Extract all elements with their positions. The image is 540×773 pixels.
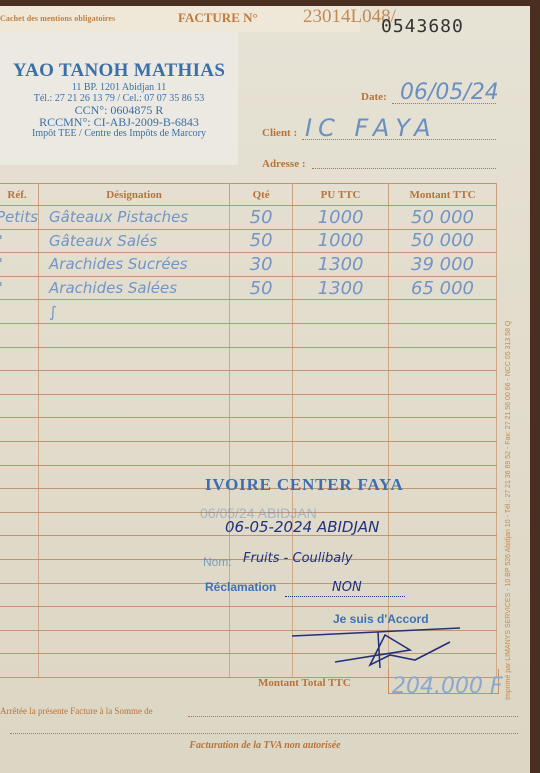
tva-note: Facturation de la TVA non autorisée: [0, 740, 530, 751]
col-ref: Réf.: [0, 184, 39, 206]
cell-ref[interactable]: [0, 489, 39, 513]
header-note: Cachet des mentions obligatoires: [0, 14, 115, 23]
date-label: Date:: [361, 91, 387, 103]
col-designation: Désignation: [39, 184, 230, 206]
col-unit-price: PU TTC: [293, 184, 389, 206]
cell-amount[interactable]: [389, 347, 497, 371]
address-label: Adresse :: [262, 158, 305, 170]
cell-designation[interactable]: [39, 371, 230, 395]
address-line[interactable]: [312, 168, 496, 169]
cell-amount[interactable]: [389, 418, 497, 442]
cell-amount[interactable]: [389, 394, 497, 418]
cell-ref[interactable]: [0, 300, 39, 324]
cell-unit-price[interactable]: [293, 418, 389, 442]
reclamation-label: Réclamation: [205, 580, 276, 594]
reclamation-line: [285, 596, 405, 597]
total-label: Montant Total TTC: [258, 677, 351, 689]
table-row: ∫: [0, 300, 497, 324]
cell-qty[interactable]: 50: [230, 206, 293, 230]
cell-ref[interactable]: [0, 559, 39, 583]
cell-ref[interactable]: ": [0, 253, 39, 277]
cell-qty[interactable]: 30: [230, 253, 293, 277]
cell-amount[interactable]: [389, 300, 497, 324]
cell-designation[interactable]: [39, 654, 230, 678]
cell-ref[interactable]: [0, 394, 39, 418]
cell-designation[interactable]: [39, 559, 230, 583]
reclamation-value: NON: [332, 580, 362, 595]
cell-amount[interactable]: [389, 536, 497, 560]
items-table: Réf. Désignation Qté PU TTC Montant TTC …: [0, 183, 497, 678]
cell-amount[interactable]: [389, 583, 497, 607]
name-value: Fruits - Coulibaly: [243, 551, 353, 566]
cell-ref[interactable]: [0, 630, 39, 654]
client-label: Client :: [262, 127, 297, 139]
cell-amount[interactable]: [389, 512, 497, 536]
cell-unit-price[interactable]: 1300: [293, 276, 389, 300]
col-qty: Qté: [230, 184, 293, 206]
cell-qty[interactable]: [230, 630, 293, 654]
cell-unit-price[interactable]: [293, 371, 389, 395]
handwritten-date-place: 06-05-2024 ABIDJAN: [225, 518, 379, 536]
cell-ref[interactable]: [0, 465, 39, 489]
cell-unit-price[interactable]: [293, 323, 389, 347]
issuer-name: YAO TANOH MATHIAS: [0, 60, 238, 82]
issuer-stamp: YAO TANOH MATHIAS 11 BP. 1201 Abidjan 11…: [0, 60, 238, 139]
cell-designation[interactable]: Gâteaux Pistaches: [39, 206, 230, 230]
cell-unit-price[interactable]: [293, 441, 389, 465]
client-value[interactable]: IC FAYA: [305, 114, 437, 142]
cell-ref[interactable]: ": [0, 276, 39, 300]
date-value[interactable]: 06/05/24: [400, 80, 499, 105]
cell-designation[interactable]: [39, 323, 230, 347]
cell-amount[interactable]: [389, 465, 497, 489]
cell-unit-price[interactable]: [293, 300, 389, 324]
cell-ref[interactable]: [0, 347, 39, 371]
table-row: [0, 394, 497, 418]
issuer-rccm: RCCMN°: CI-ABJ-2009-B-6843: [0, 116, 238, 128]
table-row: [0, 441, 497, 465]
cell-designation[interactable]: [39, 536, 230, 560]
invoice-label: FACTURE N°: [178, 10, 258, 26]
table-row: [0, 418, 497, 442]
issuer-address: 11 BP. 1201 Abidjan 11: [0, 82, 238, 93]
cell-qty[interactable]: [230, 418, 293, 442]
cell-amount[interactable]: 50 000: [389, 229, 497, 253]
signature-icon: [290, 620, 470, 670]
cell-ref[interactable]: [0, 371, 39, 395]
cell-amount[interactable]: 65 000: [389, 276, 497, 300]
cell-designation[interactable]: [39, 583, 230, 607]
cell-ref[interactable]: [0, 536, 39, 560]
table-row: "Gâteaux Salés50100050 000: [0, 229, 497, 253]
total-value: 204.000 F: [392, 674, 503, 699]
cell-ref[interactable]: [0, 418, 39, 442]
col-amount: Montant TTC: [389, 184, 497, 206]
sum-line-1: [188, 716, 518, 717]
cell-ref[interactable]: [0, 607, 39, 631]
cell-designation[interactable]: [39, 418, 230, 442]
cell-amount[interactable]: [389, 489, 497, 513]
table-row: [0, 347, 497, 371]
cell-designation[interactable]: [39, 441, 230, 465]
cell-ref[interactable]: [0, 441, 39, 465]
cell-unit-price[interactable]: [293, 394, 389, 418]
cell-designation[interactable]: [39, 394, 230, 418]
cell-designation[interactable]: Arachides Salées: [39, 276, 230, 300]
table-header-row: Réf. Désignation Qté PU TTC Montant TTC: [0, 184, 497, 206]
cell-designation[interactable]: [39, 607, 230, 631]
cell-ref[interactable]: ": [0, 229, 39, 253]
cell-designation[interactable]: [39, 630, 230, 654]
sum-in-words-label: Arrêtée la présente Facture à la Somme d…: [0, 706, 153, 716]
cell-unit-price[interactable]: 1000: [293, 206, 389, 230]
name-label: Nom:: [203, 555, 232, 569]
table-row: [0, 323, 497, 347]
cell-designation[interactable]: [39, 465, 230, 489]
cell-unit-price[interactable]: [293, 347, 389, 371]
cell-qty[interactable]: [230, 654, 293, 678]
cell-qty[interactable]: [230, 371, 293, 395]
cell-qty[interactable]: 50: [230, 229, 293, 253]
printer-info: Imprimé par LIMANYS SERVICES - 10 BP 526…: [505, 321, 512, 700]
cell-qty[interactable]: [230, 607, 293, 631]
cell-ref[interactable]: [0, 654, 39, 678]
cell-qty[interactable]: [230, 441, 293, 465]
cell-amount[interactable]: 39 000: [389, 253, 497, 277]
cell-amount[interactable]: [389, 559, 497, 583]
table-row: PetitsGâteaux Pistaches50100050 000: [0, 206, 497, 230]
cell-qty[interactable]: 50: [230, 276, 293, 300]
cell-ref[interactable]: [0, 323, 39, 347]
cell-designation[interactable]: Gâteaux Salés: [39, 229, 230, 253]
cell-ref[interactable]: [0, 583, 39, 607]
cell-amount[interactable]: [389, 323, 497, 347]
cell-amount[interactable]: 50 000: [389, 206, 497, 230]
cell-qty[interactable]: [230, 323, 293, 347]
cell-unit-price[interactable]: 1000: [293, 229, 389, 253]
cell-amount[interactable]: [389, 441, 497, 465]
cell-designation[interactable]: Arachides Sucrées: [39, 253, 230, 277]
table-row: [0, 371, 497, 395]
cell-qty[interactable]: [230, 300, 293, 324]
cell-qty[interactable]: [230, 347, 293, 371]
cell-ref[interactable]: Petits: [0, 206, 39, 230]
cell-unit-price[interactable]: 1300: [293, 253, 389, 277]
table-row: "Arachides Salées50130065 000: [0, 276, 497, 300]
client-stamp-company: IVOIRE CENTER FAYA: [205, 475, 404, 495]
table-row: "Arachides Sucrées30130039 000: [0, 253, 497, 277]
cell-qty[interactable]: [230, 394, 293, 418]
cell-designation[interactable]: ∫: [39, 300, 230, 324]
cell-designation[interactable]: [39, 347, 230, 371]
issuer-tax-center: Impôt TEE / Centre des Impôts de Marcory: [0, 128, 238, 139]
sum-line-2: [10, 733, 518, 734]
cell-ref[interactable]: [0, 512, 39, 536]
serial-number: 0543680: [381, 16, 464, 37]
cell-amount[interactable]: [389, 371, 497, 395]
